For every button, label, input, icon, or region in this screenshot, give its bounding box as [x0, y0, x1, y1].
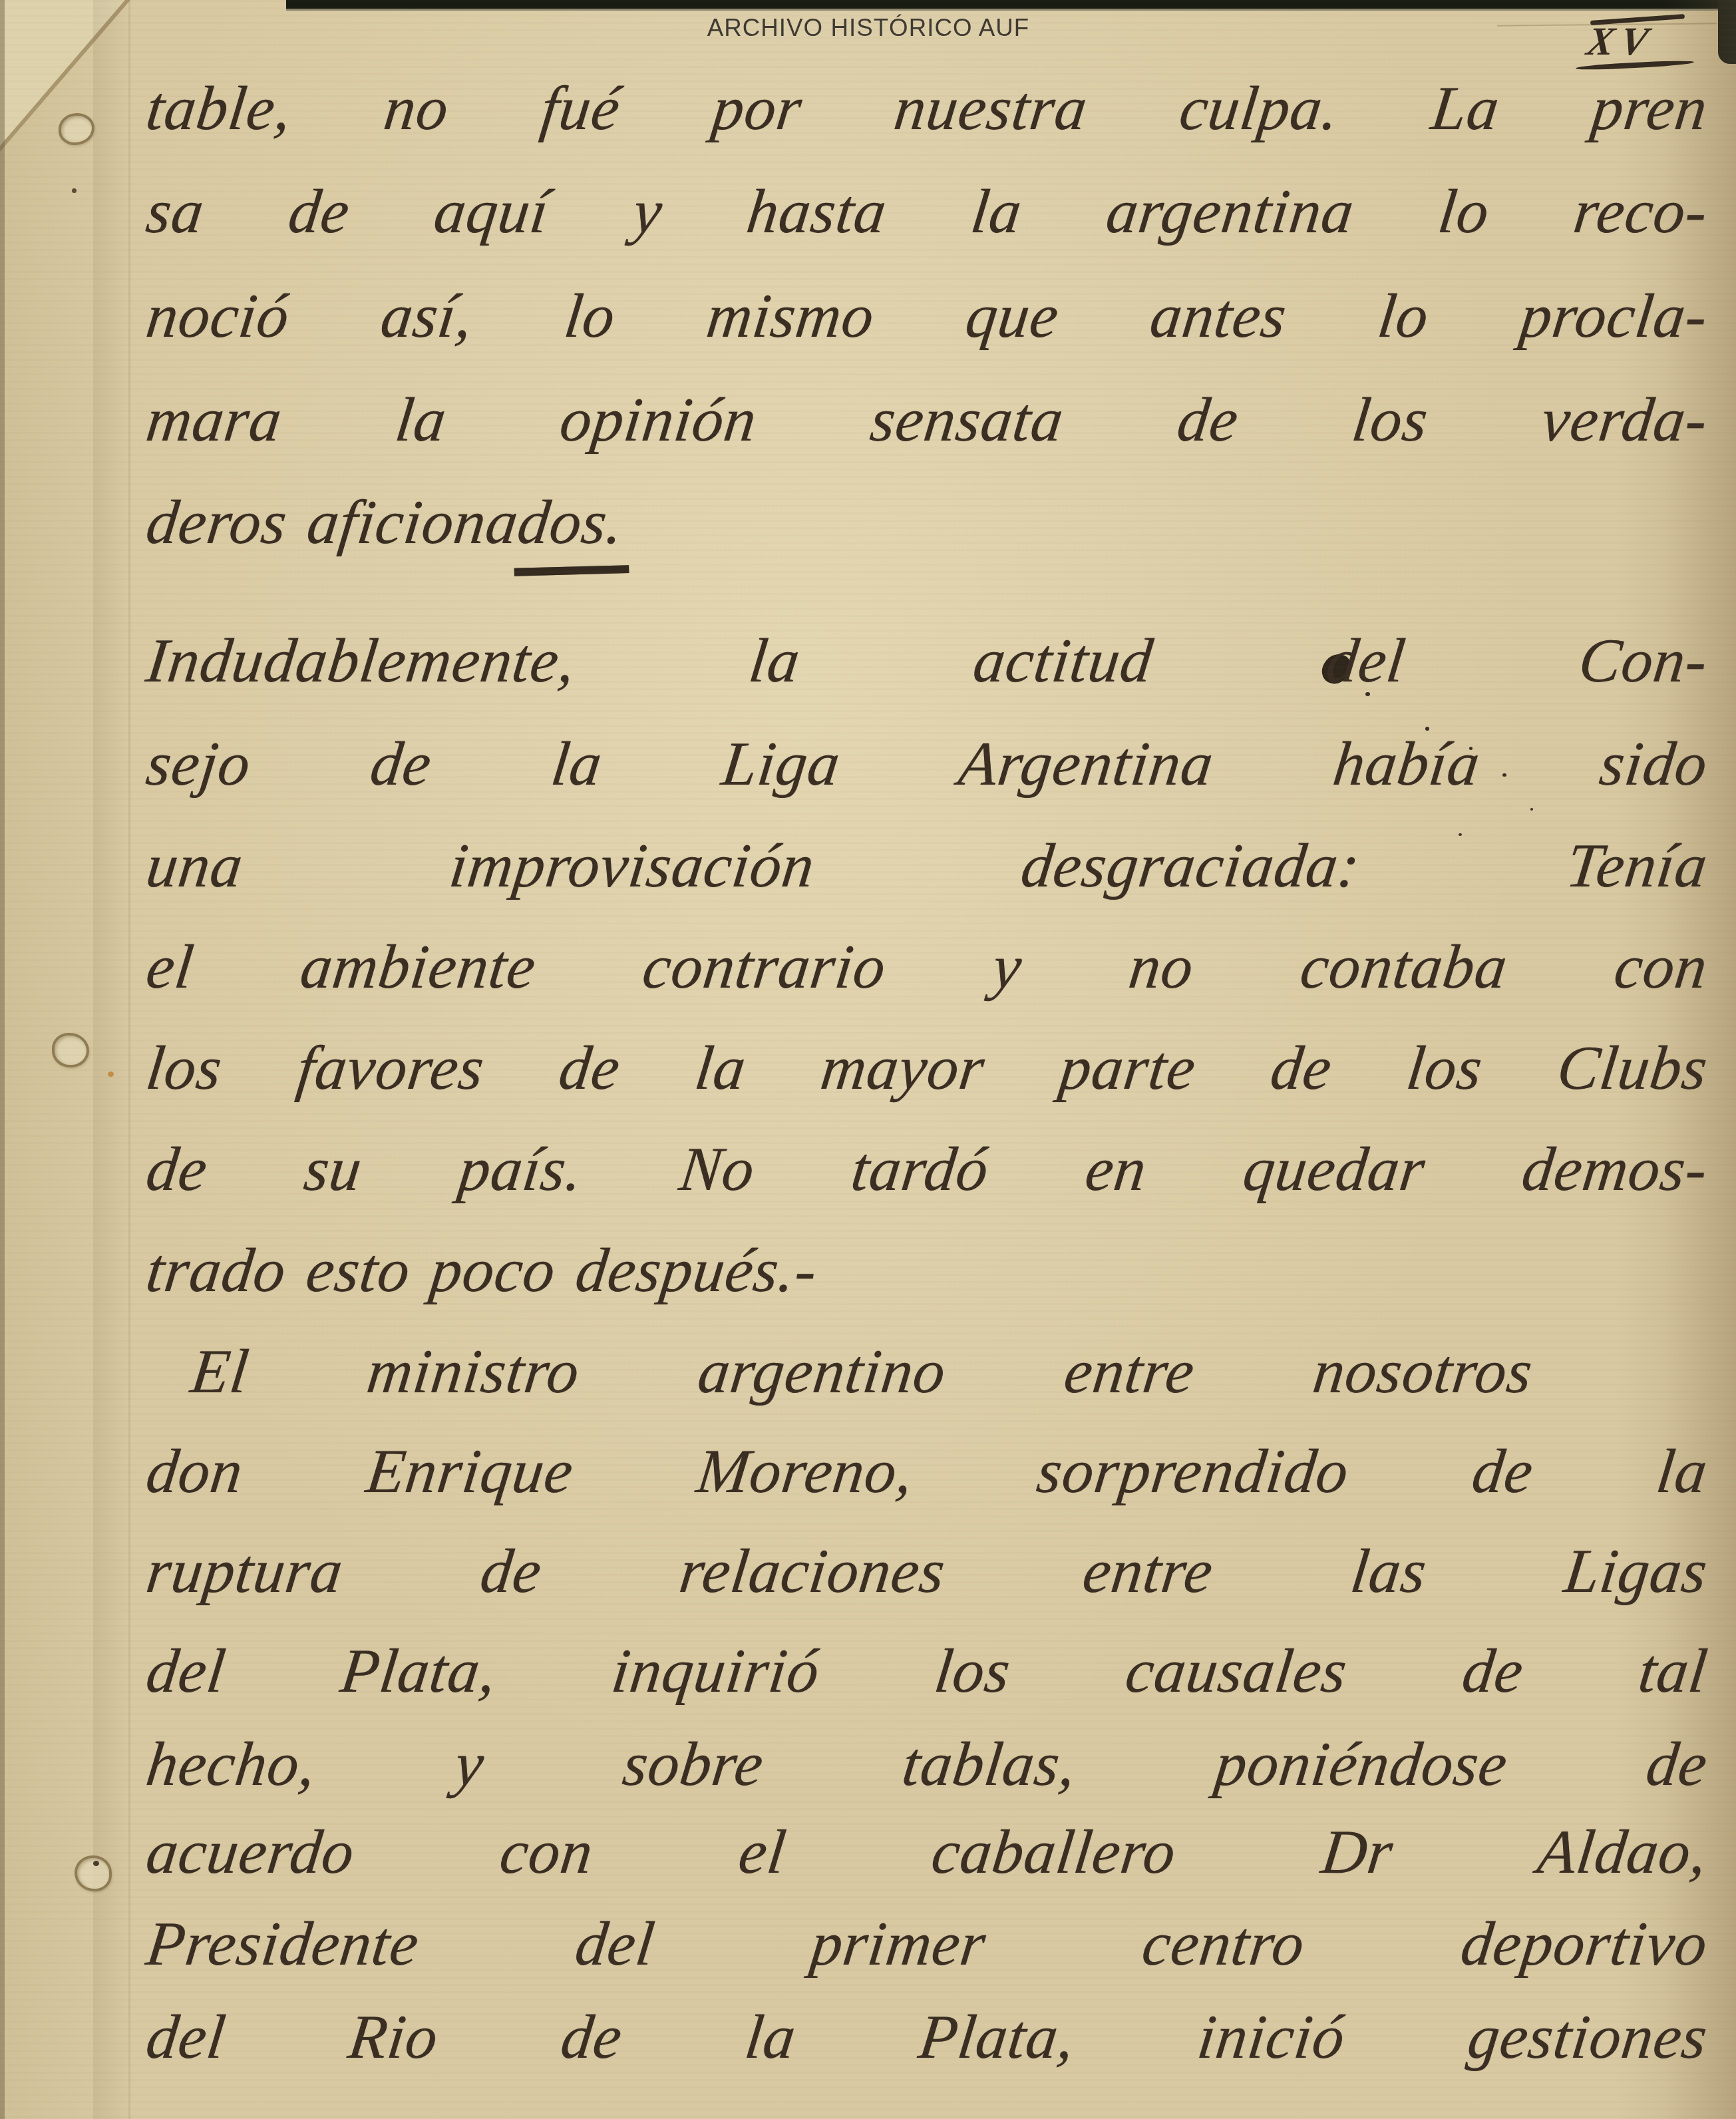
vertical-fold-line	[128, 0, 130, 2119]
manuscript-line: don Enrique Moreno, sorprendido de la	[143, 1440, 1711, 1503]
manuscript-line: Presidente del primer centro deportivo	[143, 1913, 1711, 1975]
archive-header-label: ARCHIVO HISTÓRICO AUF	[707, 16, 1029, 40]
manuscript-line: hecho, y sobre tablas, poniéndose de	[143, 1733, 1711, 1796]
left-crease-shade	[93, 0, 133, 2119]
manuscript-line: del Rio de la Plata, inició gestiones	[143, 2006, 1711, 2068]
paper-speck	[72, 188, 77, 193]
manuscript-line: trado esto poco después.-	[143, 1239, 820, 1302]
manuscript-line: table, no fué por nuestra culpa. La pren	[143, 77, 1711, 140]
manuscript-line: ruptura de relaciones entre las Ligas	[143, 1540, 1711, 1603]
page-left-edge	[0, 0, 5, 2119]
paper-speck	[108, 1071, 114, 1077]
ring-stain	[75, 1855, 112, 1891]
manuscript-line: acuerdo con el caballero Dr Aldao,	[143, 1821, 1711, 1883]
page-number: XV	[1576, 12, 1695, 73]
page-number-text: XV	[1584, 21, 1658, 61]
section-separator-dash: —	[514, 501, 630, 617]
manuscript-line: sejo de la Liga Argentina había sido	[143, 733, 1711, 795]
manuscript-line: del Plata, inquirió los causales de tal	[143, 1640, 1711, 1702]
manuscript-line: mara la opinión sensata de los verda-	[143, 389, 1711, 451]
ring-stain	[52, 1033, 89, 1067]
manuscript-line: una improvisación desgraciada: Tenía	[143, 835, 1711, 897]
manuscript-line: el ambiente contrario y no contaba con	[143, 936, 1711, 998]
manuscript-line: noció así, lo mismo que antes lo procla-	[143, 285, 1711, 347]
manuscript-line: El ministro argentino entre nosotros	[188, 1340, 1536, 1403]
scanned-manuscript-page: ARCHIVO HISTÓRICO AUF XV table, no fué p…	[0, 0, 1736, 2119]
ink-droplet	[1530, 808, 1533, 811]
scan-top-band	[286, 0, 1736, 9]
manuscript-line: sa de aquí y hasta la argentina lo reco-	[143, 180, 1711, 243]
scan-top-band-edge	[286, 9, 1736, 11]
manuscript-line: de su país. No tardó en quedar demos-	[143, 1138, 1711, 1201]
manuscript-line: Indudablemente, la actitud del Con-	[143, 630, 1711, 692]
stain-inner-dot	[93, 1861, 99, 1866]
manuscript-line: los favores de la mayor parte de los Clu…	[143, 1037, 1711, 1099]
